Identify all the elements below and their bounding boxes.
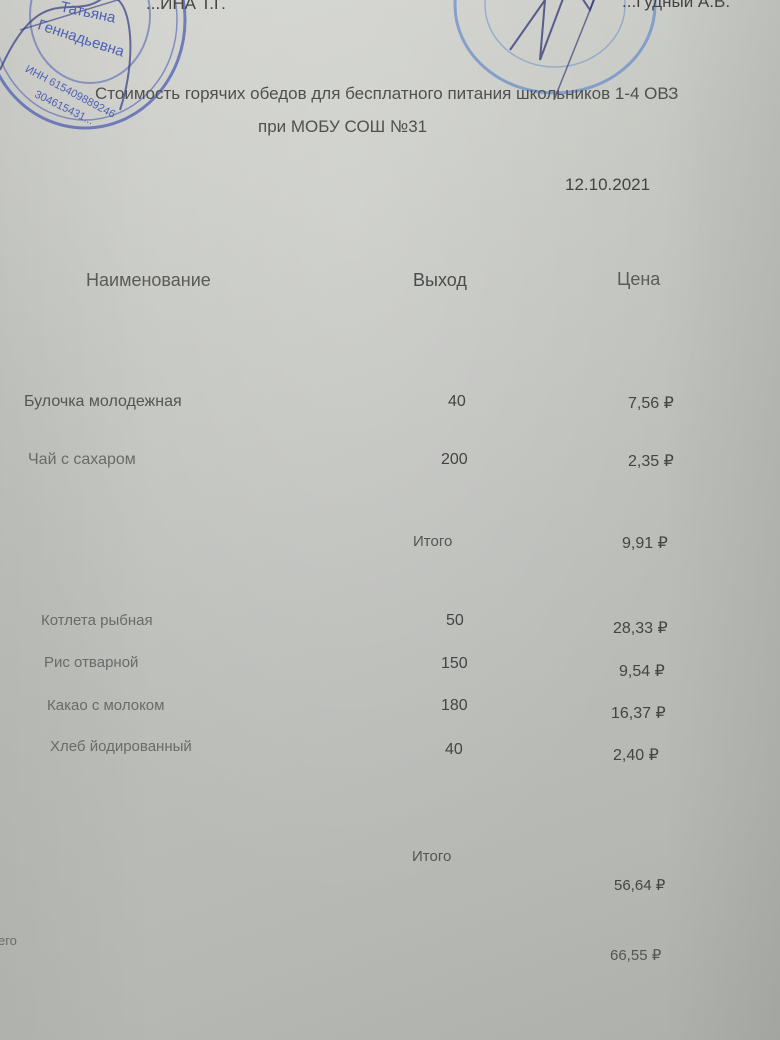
item-name: Хлеб йодированный <box>50 738 192 755</box>
item-price: 9,54 ₽ <box>619 661 665 681</box>
column-header-output: Выход <box>413 270 467 291</box>
item-price: 28,33 ₽ <box>613 618 668 638</box>
item-output: 40 <box>448 393 466 411</box>
subtotal-price: 9,91 ₽ <box>622 533 668 553</box>
item-output: 50 <box>446 612 464 630</box>
grand-total-price: 66,55 ₽ <box>610 946 661 964</box>
item-price: 2,35 ₽ <box>628 451 674 471</box>
signer-left: ...ИНА Т.Г. <box>146 0 226 14</box>
item-output: 200 <box>441 451 468 469</box>
item-output: 150 <box>441 655 468 673</box>
document-title-line1: Стоимость горячих обедов для бесплатного… <box>95 84 678 104</box>
item-price: 2,40 ₽ <box>613 745 659 765</box>
item-output: 180 <box>441 697 468 715</box>
subtotal-price: 56,64 ₽ <box>614 876 665 894</box>
item-price: 16,37 ₽ <box>611 703 666 723</box>
left-stamp-name-1: Татьяна <box>59 0 117 27</box>
document-title-line2: при МОБУ СОШ №31 <box>258 117 427 137</box>
document-date: 12.10.2021 <box>565 175 650 195</box>
subtotal-label: Итого <box>412 848 451 865</box>
item-name: Рис отварной <box>44 654 138 671</box>
item-price: 7,56 ₽ <box>628 393 674 413</box>
grand-total-label: его <box>0 933 17 948</box>
signer-right: ...Гудный А.В. <box>622 0 730 12</box>
subtotal-label: Итого <box>413 533 452 550</box>
item-name: Булочка молодежная <box>24 393 182 411</box>
column-header-name: Наименование <box>86 270 211 291</box>
column-header-price: Цена <box>617 269 660 290</box>
item-output: 40 <box>445 741 463 759</box>
item-name: Чай с сахаром <box>28 451 136 469</box>
item-name: Какао с молоком <box>47 697 164 714</box>
item-name: Котлета рыбная <box>41 612 153 629</box>
